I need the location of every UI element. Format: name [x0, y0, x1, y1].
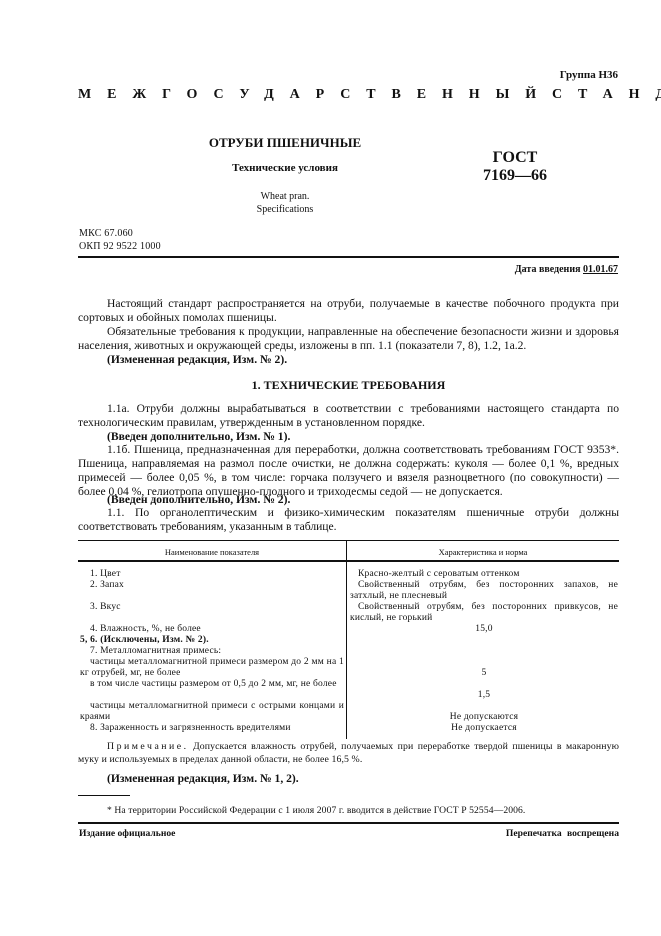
intro-paragraph-1: Настоящий стандарт распространяется на о… — [78, 297, 619, 325]
clause-1-1b: 1.1б. Пшеница, предназначенная для перер… — [78, 443, 619, 499]
table-row-value: 5 — [350, 668, 618, 679]
table-row-name: в том числе частицы размером от 0,5 до 2… — [80, 679, 344, 690]
english-title: Wheat pran. — [200, 191, 370, 202]
group-label: Группа Н36 — [560, 69, 618, 81]
table-row-value: Не допускаются — [350, 712, 618, 723]
footer-divider — [78, 822, 619, 824]
standard-word: СТАНДАРТ — [552, 87, 661, 103]
table-row-value: Свойственный отрубям, без посторонних пр… — [350, 602, 618, 623]
gost-label: ГОСТ — [455, 149, 575, 167]
section-heading: 1. ТЕХНИЧЕСКИЕ ТРЕБОВАНИЯ — [78, 378, 619, 393]
gost-number: 7169—66 — [455, 167, 575, 185]
revision-note: (Измененная редакция, Изм. № 1, 2). — [107, 772, 299, 785]
clause-1-1a: 1.1а. Отруби должны вырабатываться в соо… — [78, 402, 619, 430]
mks-code: МКС 67.060 — [79, 227, 161, 240]
table-row-name: 8. Зараженность и загрязненность вредите… — [80, 723, 344, 734]
intro-paragraph-2: Обязательные требования к продукции, нап… — [78, 325, 619, 353]
header-divider — [78, 256, 619, 258]
clause-1-1a-note: (Введен дополнительно, Изм. № 1). — [78, 430, 619, 444]
table-top-border — [78, 540, 619, 541]
footnote: * На территории Российской Федерации с 1… — [107, 805, 525, 816]
table-row-name: 1. Цвет — [80, 569, 344, 580]
intro-revision-note: (Измененная редакция, Изм. № 2). — [78, 353, 619, 367]
table-note: Примечание. Допускается влажность отрубе… — [78, 741, 619, 766]
table-header-value: Характеристика и норма — [347, 547, 619, 557]
table-row-name: частицы металломагнитной примеси с остры… — [80, 701, 344, 722]
clause-1-1: 1.1. По органолептическим и физико-химич… — [78, 506, 619, 534]
classification-codes: МКС 67.060 ОКП 92 9522 1000 — [79, 227, 161, 253]
table-column-divider — [346, 540, 347, 739]
table-header-name: Наименование показателя — [78, 547, 346, 557]
table-row-value: Красно-желтый с сероватым оттенком — [350, 569, 618, 580]
gost-designation: ГОСТ 7169—66 — [455, 149, 575, 185]
intro-date-label: Дата введения — [515, 264, 583, 275]
interstate-word: МЕЖГОСУДАРСТВЕННЫЙ — [78, 87, 552, 103]
table-row-value: 1,5 — [350, 690, 618, 701]
intro-date-value: 01.01.67 — [583, 264, 618, 275]
table-row-value: 15,0 — [350, 624, 618, 635]
note-label: Примечание. — [107, 741, 189, 752]
table-row-name: 2. Запах — [80, 580, 344, 591]
official-edition-label: Издание официальное — [79, 828, 175, 839]
table-row-value: Свойственный отрубям, без посторонних за… — [350, 580, 618, 601]
table-row-name: 4. Влажность, %, не более — [80, 624, 344, 635]
document-subtitle: Технические условия — [200, 162, 370, 174]
clause-1-1b-note: (Введен дополнительно, Изм. № 2). — [78, 493, 619, 507]
okp-code: ОКП 92 9522 1000 — [79, 240, 161, 253]
table-row-name: 3. Вкус — [80, 602, 344, 613]
footnote-divider — [78, 795, 130, 796]
english-subtitle: Specifications — [200, 204, 370, 215]
intro-date: Дата введения 01.01.67 — [515, 264, 618, 275]
table-header-border — [78, 560, 619, 562]
table-row-value: Не допускается — [350, 723, 618, 734]
document-title: ОТРУБИ ПШЕНИЧНЫЕ — [200, 135, 370, 151]
table-row-name: частицы металломагнитной примеси размеро… — [80, 657, 344, 678]
reprint-prohibited-label: Перепечатка воспрещена — [506, 828, 619, 839]
interstate-standard-heading: МЕЖГОСУДАРСТВЕННЫЙ СТАНДАРТ — [78, 87, 618, 103]
table-row-name: 7. Металломагнитная примесь: — [80, 646, 344, 657]
table-row-name: 5, 6. (Исключены, Изм. № 2). — [80, 635, 344, 646]
